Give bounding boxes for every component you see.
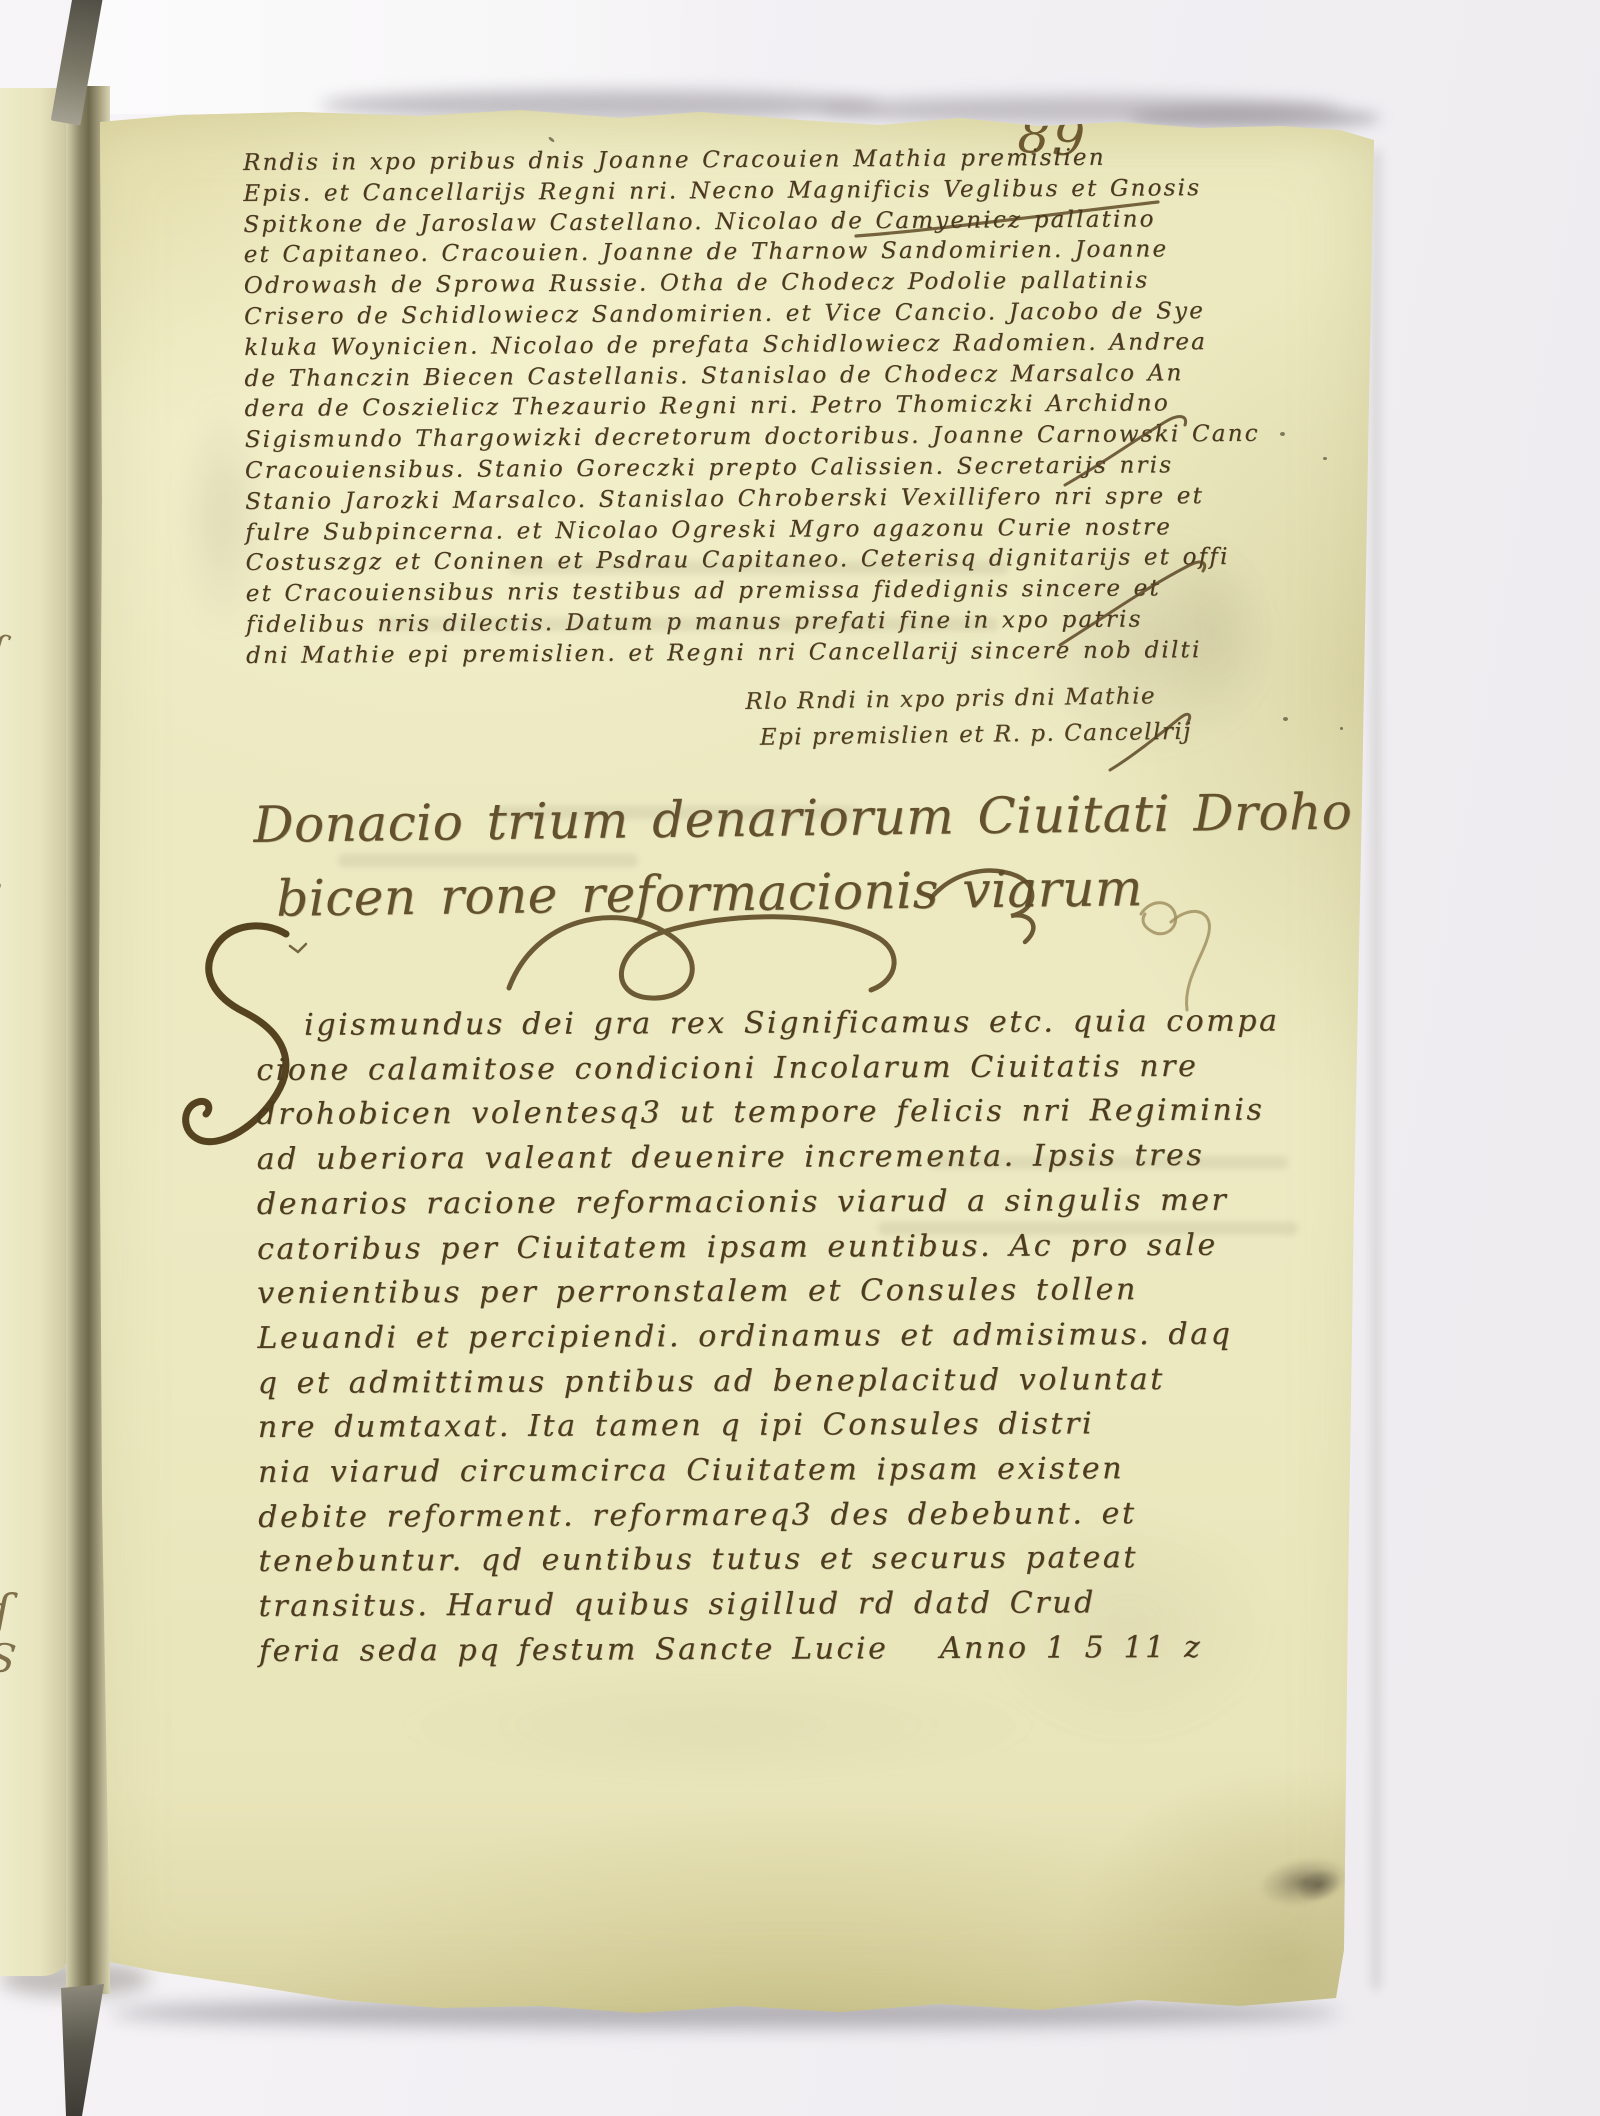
binding-edge-bottom — [56, 1984, 106, 2116]
manuscript-line: venientibus per perronstalem et Consules… — [257, 1268, 1281, 1317]
manuscript-line: denarios racione reformacionis viarud a … — [257, 1178, 1281, 1227]
manuscript-line: debite reforment. reformareq3 des debebu… — [258, 1491, 1282, 1540]
manuscript-line: drohobicen volentesq3 ut tempore felicis… — [256, 1089, 1280, 1138]
manuscript-line: ad uberiora valeant deuenire incrementa.… — [257, 1134, 1281, 1183]
ink-speck — [1283, 717, 1288, 721]
manuscript-line: nre dumtaxat. Ita tamen q ipi Consules d… — [258, 1402, 1282, 1451]
heading-tail-flourish — [925, 854, 1055, 946]
ink-speck — [548, 136, 555, 143]
manuscript-line: q et admittimus pntibus ad beneplacitud … — [258, 1357, 1282, 1406]
manuscript-line: tenebuntur. qd euntibus tutus et securus… — [258, 1536, 1282, 1585]
ink-speck — [1340, 727, 1343, 730]
ink-mark: S — [0, 1634, 18, 1683]
ink-mark: ʃ — [0, 627, 8, 668]
margin-paraph-mark — [1125, 892, 1225, 1017]
previous-page-edge: ʃ ʃ ſ S — [0, 88, 72, 1976]
ink-speck — [1323, 457, 1327, 460]
manuscript-line: cione calamitose condicioni Incolarum Ci… — [256, 1044, 1280, 1093]
manuscript-scan: ʃ ʃ ſ S 89 Rndis in xpo pribus dnis Jo — [0, 0, 1600, 2116]
show-through-stain — [378, 1666, 1058, 1786]
page-right-shadow — [1372, 150, 1380, 1990]
paragraph-2: igismundus dei gra rex Significamus etc.… — [256, 1000, 1282, 1675]
manuscript-line: Epi premislien et R. p. Cancellrij — [760, 714, 1193, 756]
relatio-note: Rlo Rndi in xpo pris dni Mathie Epi prem… — [745, 678, 1192, 756]
manuscript-page: 89 Rndis in xpo pribus dnis Joanne Craco… — [78, 106, 1380, 2016]
ink-mark: ʃ — [0, 880, 1, 916]
manuscript-line: transitus. Harud quibus sigillud rd datd… — [259, 1581, 1283, 1630]
heading-loop-flourish — [495, 888, 915, 1013]
manuscript-line: Rlo Rndi in xpo pris dni Mathie — [745, 678, 1192, 720]
ink-speck — [1280, 432, 1285, 436]
manuscript-line: Leuandi et percipiendi. ordinamus et adm… — [257, 1312, 1281, 1361]
heading-line: Donacio trium denariorum Ciuitati Droho — [253, 775, 1353, 862]
ink-mark: ſ — [0, 1584, 11, 1638]
manuscript-line: feria seda pq festum Sancte Lucie Anno 1… — [259, 1625, 1283, 1674]
manuscript-line: catoribus per Ciuitatem ipsam euntibus. … — [257, 1223, 1281, 1272]
manuscript-line: nia viarud circumcirca Ciuitatem ipsam e… — [258, 1447, 1282, 1496]
